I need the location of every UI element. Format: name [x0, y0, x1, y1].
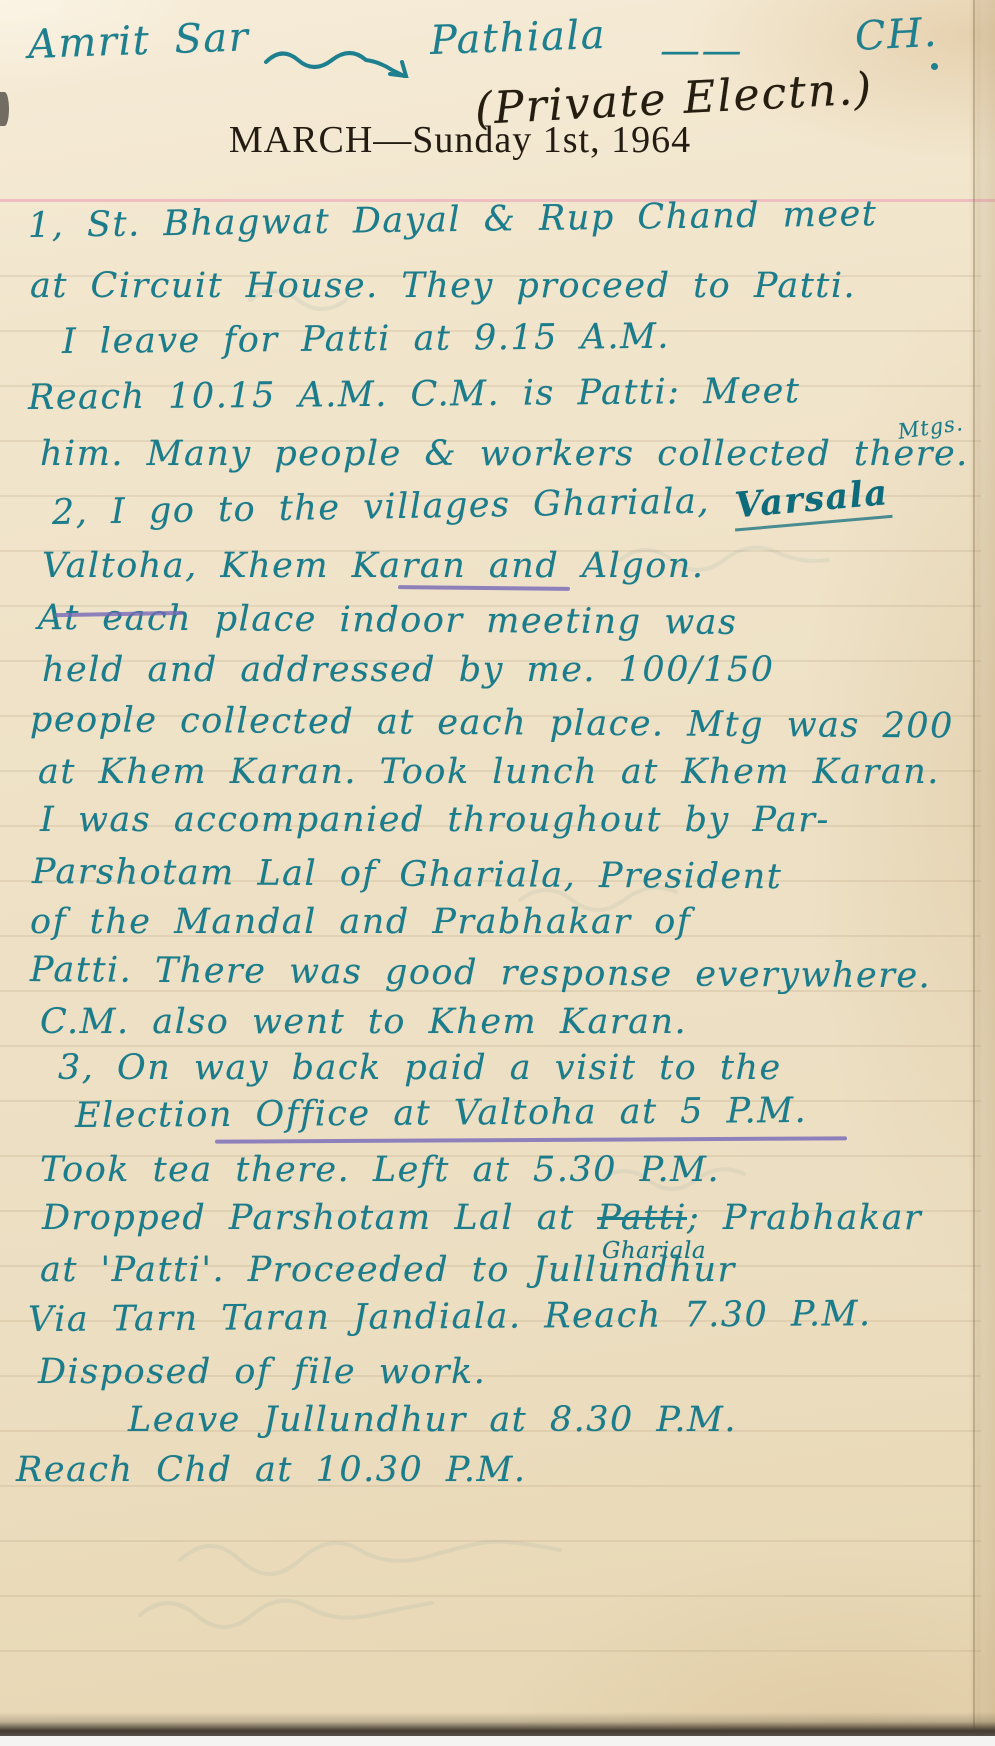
- diary-line: at Khem Karan. Took lunch at Khem Karan.: [38, 752, 940, 792]
- diary-line: at 'Patti'. Proceeded to Jullundhur: [40, 1250, 736, 1290]
- left-edge-mark: [0, 92, 9, 126]
- route-to-note: Pathiala: [429, 12, 607, 64]
- diary-line: him. Many people & workers collected the…: [40, 434, 969, 474]
- diary-line: 3, On way back paid a visit to the: [58, 1048, 782, 1088]
- diary-line: Leave Jullundhur at 8.30 P.M.: [128, 1400, 737, 1440]
- diary-line: at Circuit House. They proceed to Patti.: [30, 266, 856, 306]
- diary-line: At each place indoor meeting was: [38, 598, 738, 643]
- diary-line: Disposed of file work.: [38, 1352, 486, 1392]
- diary-line: Via Tarn Taran Jandiala. Reach 7.30 P.M.: [28, 1294, 872, 1340]
- page-crease: [973, 0, 975, 1734]
- diary-line: Reach 10.15 A.M. C.M. is Patti: Meet: [28, 371, 801, 418]
- struck-out-word: Patti: [597, 1198, 687, 1238]
- diary-line: people collected at each place. Mtg was …: [30, 700, 954, 746]
- diary-line: I was accompanied throughout by Par-: [40, 800, 830, 840]
- diary-line: C.M. also went to Khem Karan.: [40, 1002, 687, 1042]
- printed-date-header: MARCH—Sunday 1st, 1964: [0, 118, 920, 162]
- diary-line: Valtoha, Khem Karan and Algon.: [42, 546, 704, 586]
- diary-line: Parshotam Lal of Ghariala, President: [32, 852, 783, 897]
- diary-line: I leave for Patti at 9.15 A.M.: [62, 317, 670, 362]
- diary-line: held and addressed by me. 100/150: [42, 650, 775, 690]
- diary-line: Election Office at Valtoha at 5 P.M.: [75, 1091, 807, 1136]
- diary-line: Reach Chd at 10.30 P.M.: [16, 1450, 526, 1490]
- scan-background: [0, 1736, 995, 1746]
- diary-line: Patti. There was good response everywher…: [30, 950, 932, 996]
- diary-line: Dropped Parshotam Lal at Patti; Prabhaka…: [42, 1198, 922, 1238]
- route-from-note: Amrit Sar: [27, 14, 250, 68]
- ink-dot: [931, 63, 938, 70]
- route-initials: CH.: [854, 10, 939, 60]
- diary-line-text: ; Prabhakar: [687, 1198, 922, 1238]
- page-bottom-edge: [0, 1712, 995, 1736]
- diary-line: of the Mandal and Prabhakar of: [30, 902, 691, 942]
- diary-line-text: Dropped Parshotam Lal at: [42, 1198, 575, 1238]
- diary-line: Took tea there. Left at 5.30 P.M.: [40, 1150, 720, 1190]
- route-dash: ——: [660, 28, 743, 74]
- inserted-village-name: Varsala: [731, 472, 892, 532]
- diary-page-scan: Amrit Sar Pathiala —— CH. (Private Elect…: [0, 0, 995, 1746]
